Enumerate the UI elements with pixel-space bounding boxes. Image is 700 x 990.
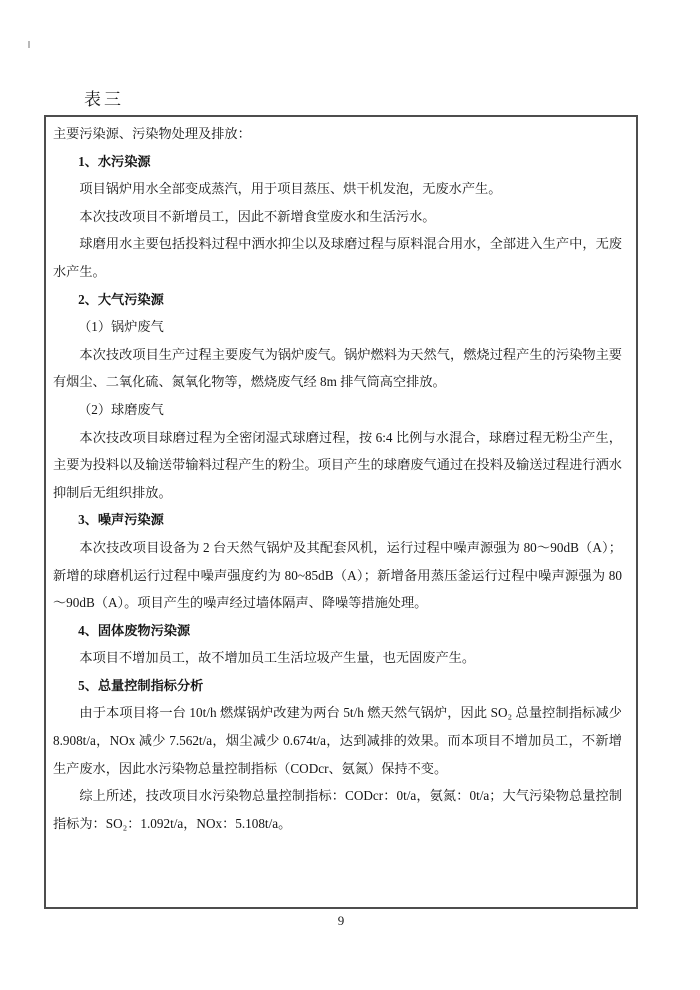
para-total-control-reduction: 由于本项目将一台 10t/h 燃煤锅炉改建为两台 5t/h 燃天然气锅炉，因此 … xyxy=(53,699,622,782)
heading-total-control-analysis: 5、总量控制指标分析 xyxy=(53,672,622,700)
table-header: 主要污染源、污染物处理及排放： xyxy=(53,120,622,148)
para-noise-sources: 本次技改项目设备为 2 台天然气锅炉及其配套风机，运行过程中噪声源强为 80～9… xyxy=(53,534,622,617)
heading-water-pollution-source: 1、水污染源 xyxy=(53,148,622,176)
pollution-table: 主要污染源、污染物处理及排放： 1、水污染源 项目锅炉用水全部变成蒸汽，用于项目… xyxy=(44,115,638,909)
subheading-boiler-exhaust: （1）锅炉废气 xyxy=(53,313,622,341)
para-solid-waste: 本项目不增加员工，故不增加员工生活垃圾产生量，也无固废产生。 xyxy=(53,644,622,672)
para-boiler-water: 项目锅炉用水全部变成蒸汽，用于项目蒸压、烘干机发泡，无废水产生。 xyxy=(53,175,622,203)
scan-artifact-speck xyxy=(28,41,30,48)
page-number: 9 xyxy=(44,913,638,929)
para-total-control-summary: 综上所述，技改项目水污染物总量控制指标：CODcr：0t/a，氨氮：0t/a；大… xyxy=(53,782,622,837)
para-boiler-exhaust: 本次技改项目生产过程主要废气为锅炉废气。锅炉燃料为天然气，燃烧过程产生的污染物主… xyxy=(53,341,622,396)
page-title: 表三 xyxy=(84,85,124,110)
heading-noise-pollution-source: 3、噪声污染源 xyxy=(53,506,622,534)
para-ball-mill-exhaust: 本次技改项目球磨过程为全密闭湿式球磨过程，按 6:4 比例与水混合，球磨过程无粉… xyxy=(53,424,622,507)
para-no-new-staff: 本次技改项目不新增员工，因此不新增食堂废水和生活污水。 xyxy=(53,203,622,231)
heading-air-pollution-source: 2、大气污染源 xyxy=(53,286,622,314)
para-ball-mill-water: 球磨用水主要包括投料过程中洒水抑尘以及球磨过程与原料混合用水，全部进入生产中，无… xyxy=(53,230,622,285)
heading-solid-waste-source: 4、固体废物污染源 xyxy=(53,617,622,645)
subheading-ball-mill-exhaust: （2）球磨废气 xyxy=(53,396,622,424)
